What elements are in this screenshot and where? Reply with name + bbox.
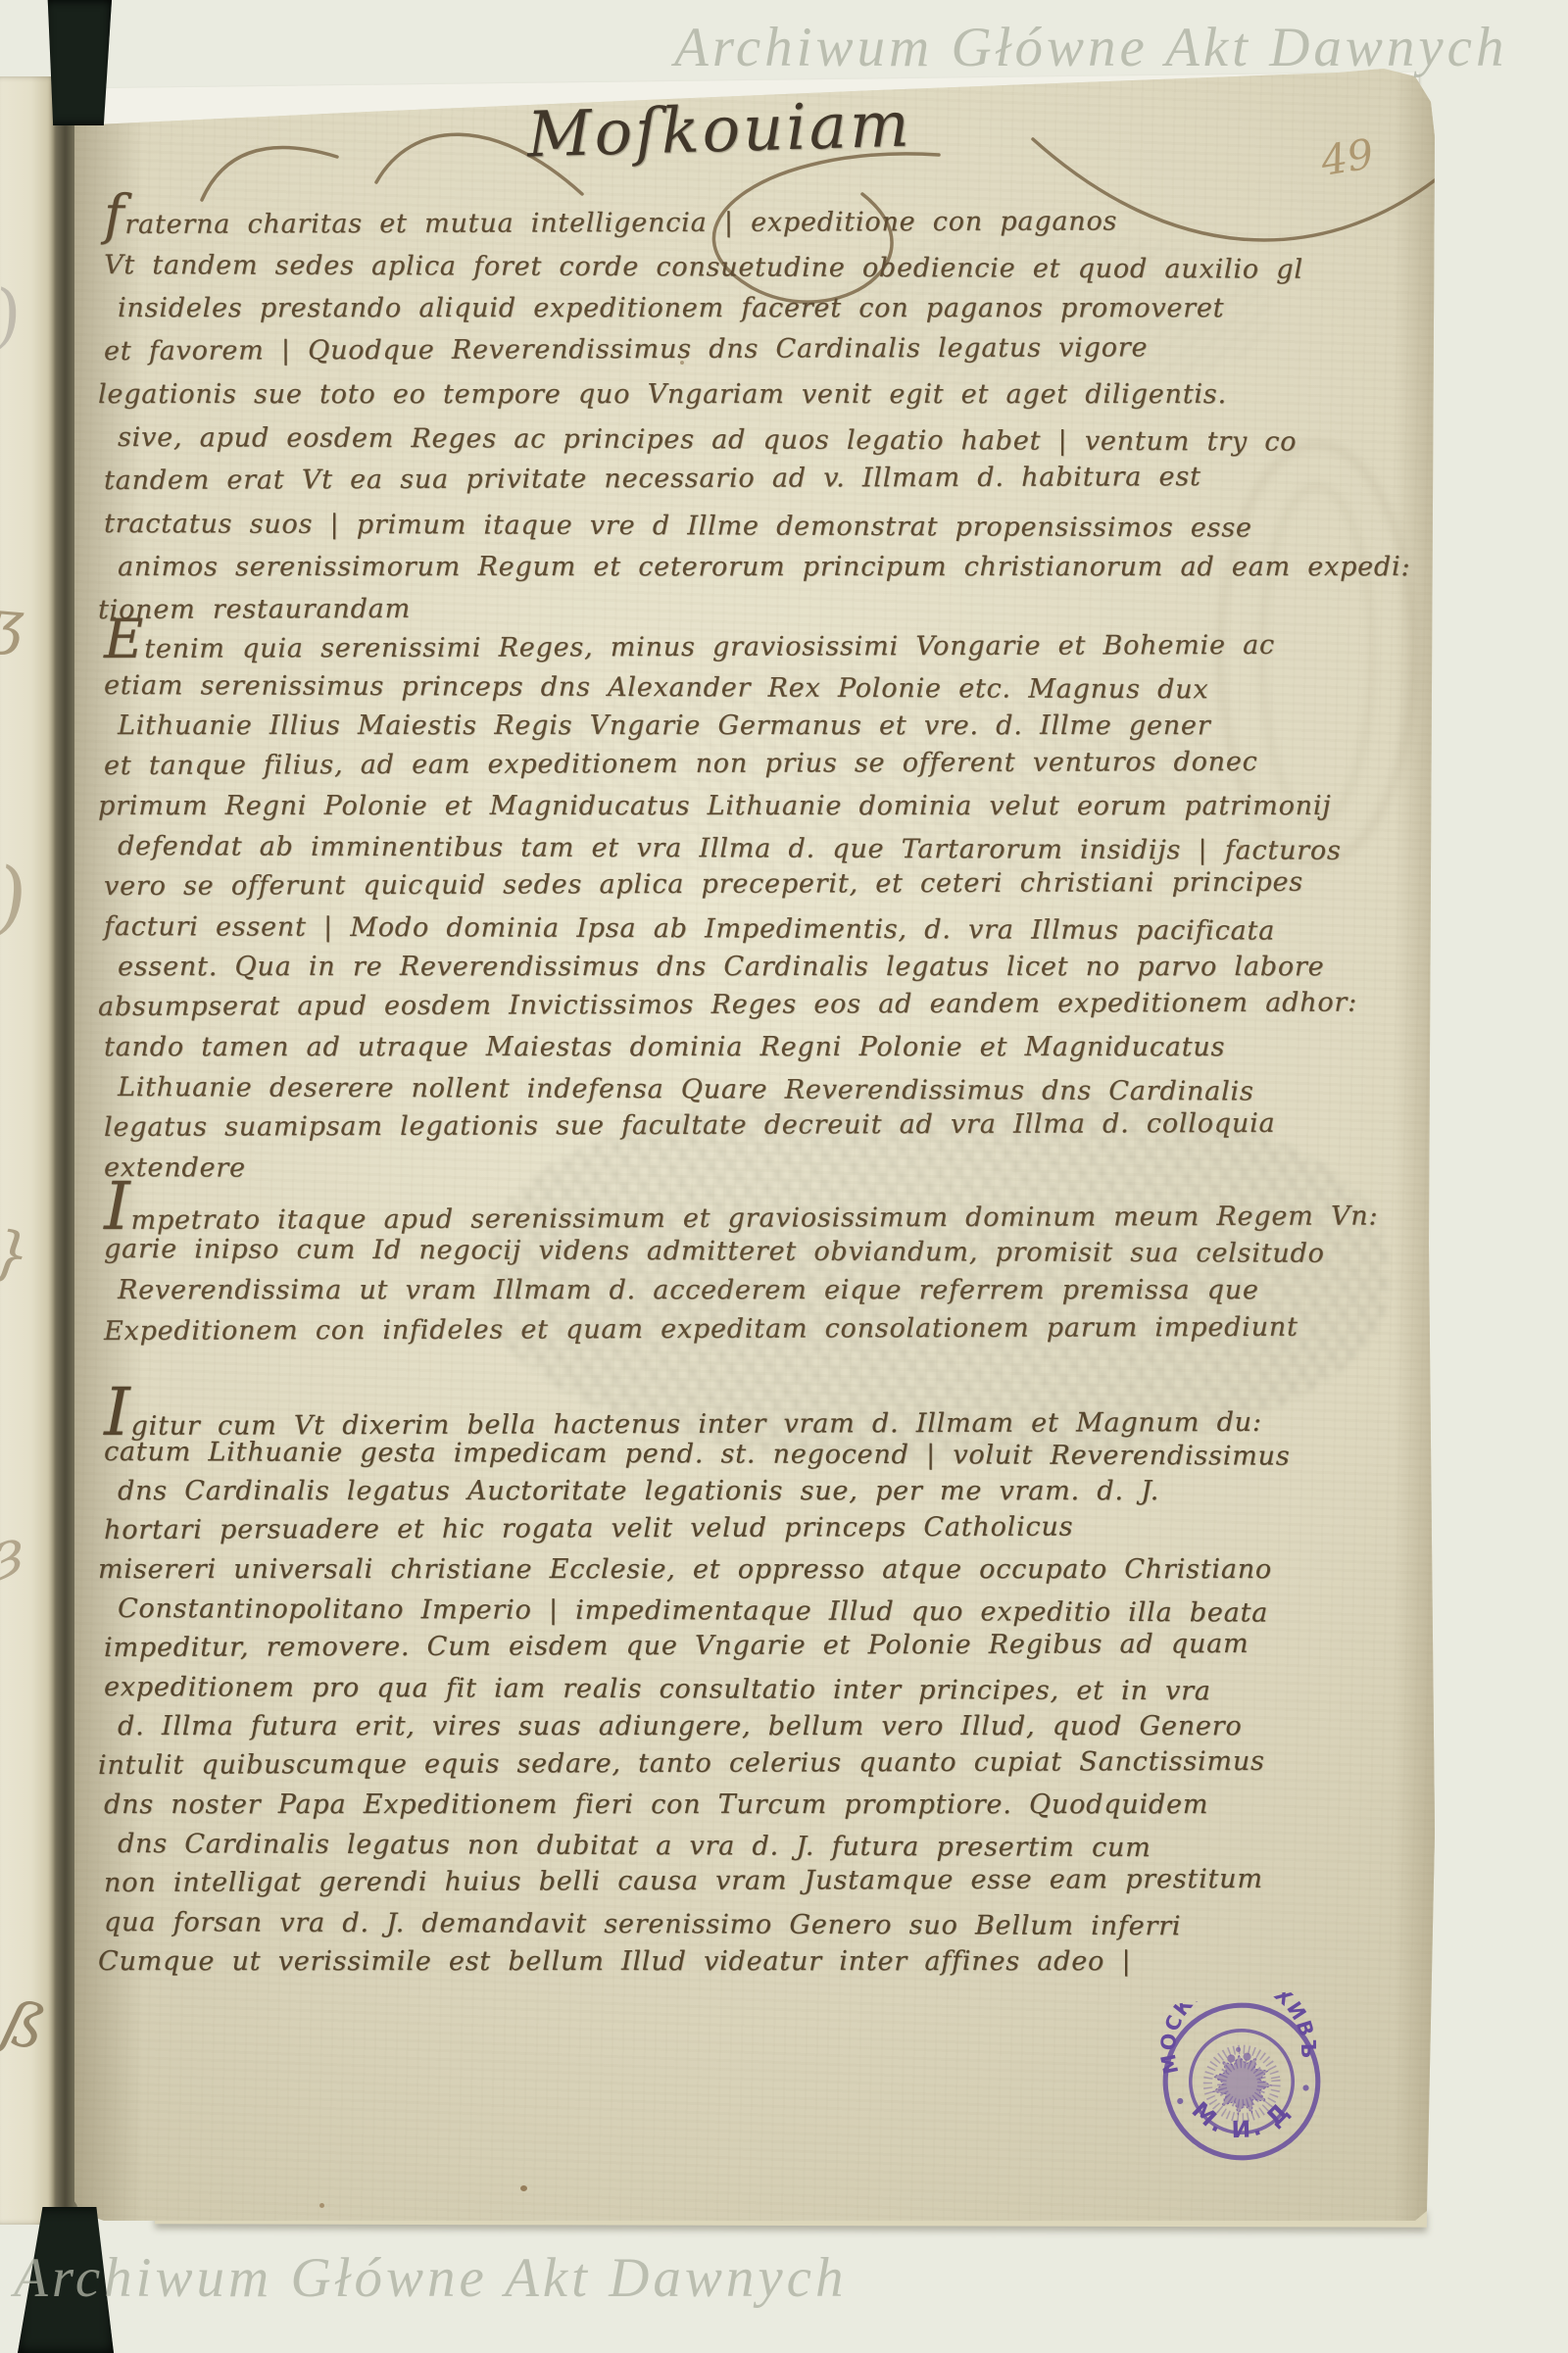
manuscript-line: tando tamen ad utraque Maiestas dominia …: [104, 1027, 1394, 1067]
manuscript-line: fraterna charitas et mutua intelligencia…: [104, 196, 1394, 244]
manuscript-line: etiam serenissimus princeps dns Alexande…: [104, 665, 1394, 711]
ink-speck: [1239, 845, 1244, 850]
archive-watermark-top: Archiwum Główne Akt Dawnych: [674, 16, 1507, 79]
manuscript-line: absumpserat apud eosdem Invictissimos Re…: [98, 982, 1394, 1027]
manuscript-line: dns noster Papa Expeditionem fieri con T…: [104, 1786, 1394, 1825]
manuscript-line: misereri universali christiane Ecclesie,…: [98, 1550, 1394, 1590]
manuscript-line: Cumque ut verissimile est bellum Illud v…: [98, 1942, 1394, 1982]
manuscript-line: et favorem | Quodque Reverendissimus dns…: [104, 325, 1394, 373]
ink-speck: [319, 2203, 324, 2208]
manuscript-line: tractatus suos | primum itaque vre d Ill…: [104, 503, 1394, 551]
manuscript-line: qua forsan vra d. J. demandavit sereniss…: [104, 1903, 1394, 1947]
manuscript-line: Impetrato itaque apud serenissimum et gr…: [104, 1183, 1394, 1229]
manuscript-line: facturi essent | Modo dominia Ipsa ab Im…: [104, 907, 1394, 952]
manuscript-paragraph: Etenim quia serenissimi Reges, minus gra…: [104, 625, 1394, 1188]
manuscript-line: animos serenissimorum Regum et ceterorum…: [118, 546, 1394, 589]
manuscript-line: legatus suamipsam legationis sue faculta…: [104, 1103, 1394, 1148]
margin-ink-fragment: ʒ: [0, 587, 26, 659]
margin-ink-fragment: }: [0, 1218, 34, 1292]
manuscript-line: insideles prestando aliquid expeditionem…: [118, 287, 1394, 330]
manuscript-page: Moſkouiam 49 fraterna charitas et mutua …: [74, 69, 1435, 2225]
ink-speck: [680, 361, 684, 365]
manuscript-line: impeditur, removere. Cum eisdem que Vnga…: [104, 1624, 1394, 1668]
manuscript-line: Igitur cum Vt dixerim bella hactenus int…: [104, 1389, 1394, 1433]
margin-ink-fragment: ): [0, 272, 26, 356]
manuscript-paragraph: fraterna charitas et mutua intelligencia…: [104, 201, 1394, 632]
manuscript-line: garie inipso cum Id negocij videns admit…: [104, 1229, 1394, 1275]
manuscript-line: Etenim quia serenissimi Reges, minus gra…: [104, 620, 1394, 665]
manuscript-line: Expeditionem con infideles et quam exped…: [104, 1306, 1394, 1352]
manuscript-line: et tanque filius, ad eam expeditionem no…: [104, 741, 1394, 786]
margin-ink-fragment: ß: [0, 1985, 53, 2065]
manuscript-line: dns Cardinalis legatus Auctoritate legat…: [118, 1472, 1394, 1511]
folio-number: 49: [1317, 129, 1376, 185]
stamp-left-dot: [1177, 2098, 1184, 2105]
manuscript-line: Lithuanie Illius Maiestis Regis Vngarie …: [118, 706, 1394, 746]
binding-strap-top: [45, 0, 112, 125]
manuscript-line: legationis sue toto eo tempore quo Vngar…: [98, 373, 1394, 417]
edge-tint: [1394, 69, 1435, 2225]
manuscript-line: d. Illma futura erit, vires suas adiunge…: [118, 1707, 1394, 1746]
margin-ink-fragment: ȝ: [0, 1518, 25, 1584]
archive-stamp: МОСК.ГЛ.АРХИВЪ М. И. Д.: [1149, 1988, 1334, 2174]
manuscript-line: Reverendissima ut vram Illmam d. acceder…: [118, 1270, 1394, 1311]
manuscript-line: expeditionem pro qua fit iam realis cons…: [104, 1668, 1394, 1712]
manuscript-line: vero se offerunt quicquid sedes aplica p…: [104, 861, 1394, 907]
manuscript-line: hortari persuadere et hic rogata velit v…: [104, 1506, 1394, 1550]
margin-ink-fragment: ): [0, 850, 29, 943]
manuscript-paragraph: Igitur cum Vt dixerim bella hactenus int…: [104, 1394, 1394, 1982]
document-scan: )ʒ)}ȝß Moſkouiam 49 fraterna charitas et…: [0, 0, 1568, 2353]
manuscript-line: primum Regni Polonie et Magniducatus Lit…: [98, 786, 1394, 826]
manuscript-line: essent. Qua in re Reverendissimus dns Ca…: [118, 947, 1394, 987]
stamp-right-dot: [1302, 2084, 1309, 2091]
ink-speck: [520, 2185, 527, 2191]
manuscript-line: non intelligat gerendi huius belli causa…: [104, 1859, 1394, 1903]
manuscript-line: catum Lithuanie gesta impedicam pend. st…: [104, 1433, 1394, 1477]
manuscript-line: Vt tandem sedes aplica foret corde consu…: [104, 244, 1394, 292]
manuscript-line: intulit quibuscumque equis sedare, tanto…: [98, 1741, 1394, 1786]
manuscript-line: tandem erat Vt ea sua privitate necessar…: [104, 455, 1394, 503]
margin-ink-fragments: )ʒ)}ȝß: [0, 0, 59, 2353]
archive-watermark-bottom: Archiwum Główne Akt Dawnych: [14, 2246, 847, 2310]
manuscript-paragraph: Impetrato itaque apud serenissimum et gr…: [104, 1188, 1394, 1352]
